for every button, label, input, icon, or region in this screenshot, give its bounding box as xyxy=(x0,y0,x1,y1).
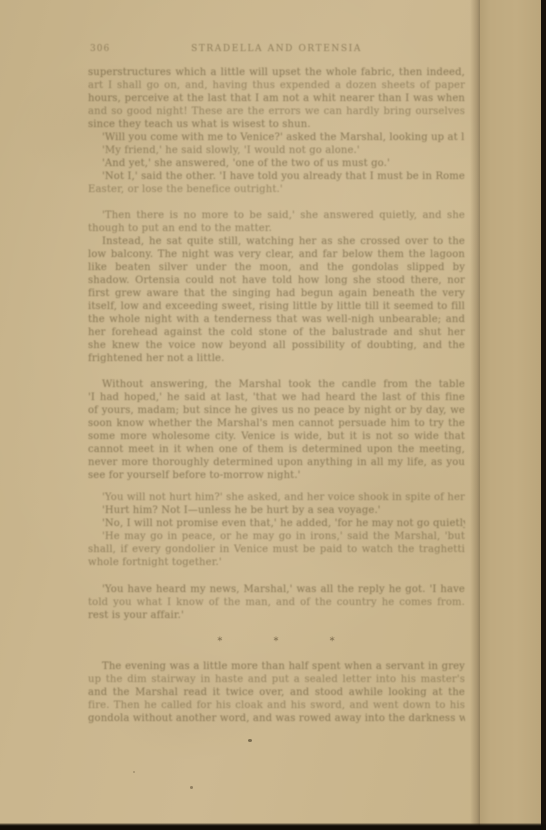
paragraph-list: superstructures which a little will upse… xyxy=(88,66,465,622)
text-line: 'Hurt him? Not I—unless he be hurt by a … xyxy=(88,504,465,517)
text-line: fire. Then he called for his cloak and h… xyxy=(88,699,465,712)
paragraph: Instead, he sat quite still, watching he… xyxy=(88,235,465,365)
paragraph: 'Not I,' said the other. 'I have told yo… xyxy=(88,170,465,196)
text-line: her forehead against the cold stone of t… xyxy=(88,326,465,339)
text-line: The evening was a little more than half … xyxy=(88,660,465,673)
text-line: rest is your affair.' xyxy=(88,609,465,622)
text-line: of yours, madam; but since he gives us n… xyxy=(88,404,465,417)
paragraph: Without answering, the Marshal took the … xyxy=(88,378,465,482)
text-line: 'Not I,' said the other. 'I have told yo… xyxy=(88,170,465,183)
text-line: soon know whether the Marshal's men cann… xyxy=(88,417,465,430)
paragraph: 'Hurt him? Not I—unless he be hurt by a … xyxy=(88,504,465,517)
text-line: like beaten silver under the moon, and t… xyxy=(88,261,465,274)
scan-border-bottom xyxy=(0,823,546,830)
closing-paragraph-list: The evening was a little more than half … xyxy=(88,660,465,725)
paragraph: 'No, I will not promise even that,' he a… xyxy=(88,517,465,530)
text-line: 'Will you come with me to Venice?' asked… xyxy=(88,131,465,144)
text-line: and the Marshal read it twice over, and … xyxy=(88,686,465,699)
paragraph: 'And yet,' she answered, 'one of the two… xyxy=(88,157,465,170)
text-line: art I shall go on, and, having thus expe… xyxy=(88,79,465,92)
text-line: never more thoroughly determined upon an… xyxy=(88,456,465,469)
adjacent-page-edge xyxy=(480,0,541,830)
text-line: 'You will not hurt him?' she asked, and … xyxy=(88,491,465,504)
asterisk-divider: * * * xyxy=(88,636,465,647)
text-line: hours, perceive at the last that I am no… xyxy=(88,92,465,105)
paragraph: The evening was a little more than half … xyxy=(88,660,465,725)
text-line: whole fortnight together.' xyxy=(88,556,465,569)
text-line: 'You have heard my news, Marshal,' was a… xyxy=(88,583,465,596)
ink-speck xyxy=(133,771,135,773)
text-line: 'My friend,' he said slowly, 'I would no… xyxy=(88,144,465,157)
text-line: told you what I know of the man, and of … xyxy=(88,596,465,609)
text-line: low balcony. The night was very clear, a… xyxy=(88,248,465,261)
text-line: up the dim stairway in haste and put a s… xyxy=(88,673,465,686)
text-line: 'No, I will not promise even that,' he a… xyxy=(88,517,465,530)
paragraph: 'He may go in peace, or he may go in iro… xyxy=(88,530,465,569)
page-header: 306 STRADELLA AND ORTENSIA xyxy=(88,44,465,58)
body-text: superstructures which a little will upse… xyxy=(88,66,465,725)
text-line: the whole night with a tenderness that w… xyxy=(88,313,465,326)
text-line: though to put an end to the matter. xyxy=(88,222,465,235)
text-line: 'And yet,' she answered, 'one of the two… xyxy=(88,157,465,170)
text-line: gondola without another word, and was ro… xyxy=(88,712,465,725)
text-line: 'He may go in peace, or he may go in iro… xyxy=(88,530,465,543)
text-line: Without answering, the Marshal took the … xyxy=(88,378,465,391)
text-line: see for yourself before to-morrow night.… xyxy=(88,469,465,482)
running-title: STRADELLA AND ORTENSIA xyxy=(88,44,465,54)
text-line: 'I had hoped,' he said at last, 'that we… xyxy=(88,391,465,404)
text-line: first grew aware that the singing had be… xyxy=(88,287,465,300)
scan-border-right xyxy=(541,0,546,830)
page-fold-crease xyxy=(470,0,480,830)
text-line: she knew the voice now beyond all possib… xyxy=(88,339,465,352)
ink-speck xyxy=(248,739,252,742)
text-line: Instead, he sat quite still, watching he… xyxy=(88,235,465,248)
paragraph: superstructures which a little will upse… xyxy=(88,66,465,131)
text-line: frightened her not a little. xyxy=(88,352,465,365)
text-line: shall, if every gondolier in Venice must… xyxy=(88,543,465,556)
text-line: shadow. Ortensia could not have told how… xyxy=(88,274,465,287)
text-line: superstructures which a little will upse… xyxy=(88,66,465,79)
text-line: since they teach us what is wisest to sh… xyxy=(88,118,465,131)
text-line: and so good night! These are the errors … xyxy=(88,105,465,118)
ink-speck xyxy=(190,786,193,789)
text-line: some more wholesome city. Venice is wide… xyxy=(88,430,465,443)
text-line: 'Then there is no more to be said,' she … xyxy=(88,209,465,222)
scanned-book-page: 306 STRADELLA AND ORTENSIA superstructur… xyxy=(0,0,546,830)
paragraph: 'My friend,' he said slowly, 'I would no… xyxy=(88,144,465,157)
text-line: itself, low and exceeding sweet, rising … xyxy=(88,300,465,313)
paragraph: 'You will not hurt him?' she asked, and … xyxy=(88,491,465,504)
text-line: cannot meet in it when one of them is de… xyxy=(88,443,465,456)
paragraph: 'You have heard my news, Marshal,' was a… xyxy=(88,583,465,622)
paragraph: 'Then there is no more to be said,' she … xyxy=(88,209,465,235)
paragraph: 'Will you come with me to Venice?' asked… xyxy=(88,131,465,144)
text-line: Easter, or lose the benefice outright.' xyxy=(88,183,465,196)
